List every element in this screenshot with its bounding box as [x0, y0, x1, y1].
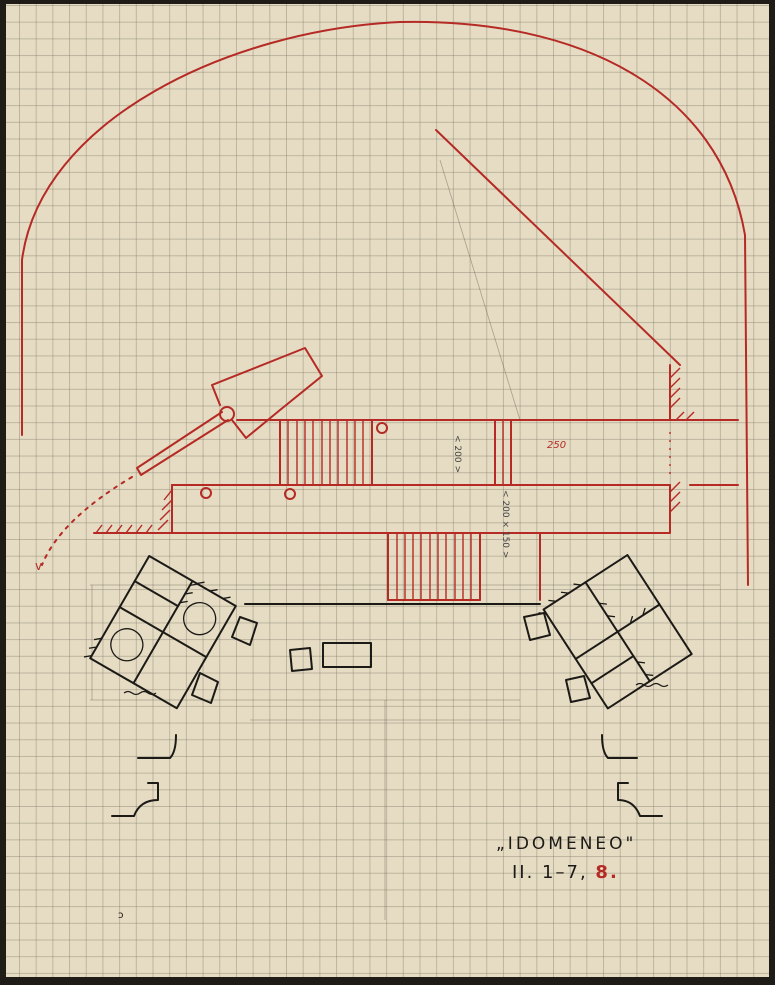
left-wing-upper [138, 735, 176, 758]
upper-stairs [280, 420, 372, 485]
lower-stairs [388, 533, 480, 600]
right-chair-2 [566, 676, 590, 702]
right-chair-1 [524, 613, 550, 640]
center-stool [290, 648, 312, 671]
dimension-lower-vertical: < 200 × 150 > [500, 490, 510, 558]
dimension-upper-vertical: < 200 > [452, 435, 462, 473]
diagonal-wall [436, 130, 680, 365]
right-wing-lower [618, 783, 662, 816]
ramp-arm [137, 412, 228, 475]
svg-text:v: v [35, 559, 42, 573]
hatched-walls [94, 368, 694, 533]
scene-reference-black: II. 1–7, [512, 862, 588, 883]
dimension-250: 250 [547, 440, 566, 451]
left-wing-lower [112, 783, 158, 816]
center-table [323, 643, 371, 667]
drawing-title: „IDOMENEO" [496, 834, 636, 854]
left-chair-2 [192, 673, 218, 703]
scene-reference: II. 1–7, 8. [512, 862, 619, 883]
right-wing-upper [602, 735, 637, 758]
stage-arc [22, 22, 748, 585]
middle-stairs [495, 420, 511, 485]
page-mark: ͻ [118, 910, 124, 921]
scene-reference-red: 8. [595, 862, 618, 883]
stage-plan-drawing: v [0, 0, 775, 985]
swing-dotted-path [42, 477, 132, 565]
right-seating-block [536, 551, 692, 712]
left-chair-1 [232, 617, 257, 645]
left-seating-block [84, 549, 238, 710]
